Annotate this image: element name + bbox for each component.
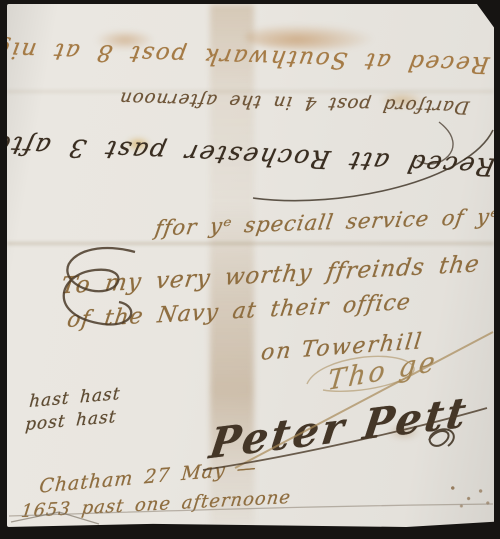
horizontal-crease — [7, 242, 494, 245]
address-service-line: ffor yᵉ speciall service of yᵉ State — [153, 202, 500, 241]
address-recipient-line: To my very worthy ffreinds the Comʳˢ — [60, 247, 500, 300]
endorsement-rochester: Reced att Rochester past 3 afternoone — [22, 131, 498, 181]
ink-speckles — [447, 482, 495, 512]
letter-photo: Reced at Southwark post 8 at night Dartf… — [0, 0, 500, 539]
letter-paper: Reced at Southwark post 8 at night Dartf… — [7, 4, 494, 527]
